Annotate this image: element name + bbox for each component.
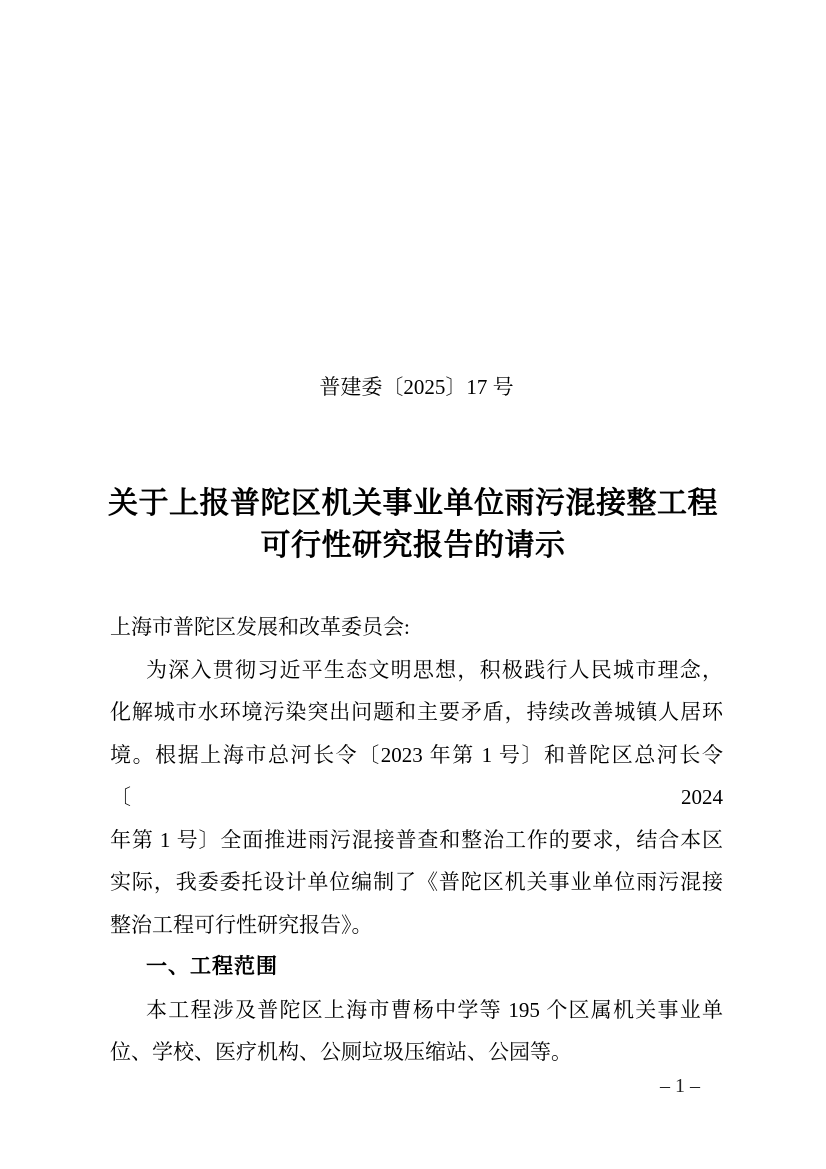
paragraph-1: 为深入贯彻习近平生态文明思想，积极践行人民城市理念， 化解城市水环境污染突出问题… [110,649,723,947]
salutation: 上海市普陀区发展和改革委员会: [110,606,723,649]
document-title: 关于上报普陀区机关事业单位雨污混接整工程 可行性研究报告的请示 [103,483,723,567]
body-line: 本工程涉及普陀区上海市曹杨中学等 195 个区属机关事业单 [110,989,723,1032]
page-number: – 1 – [660,1074,700,1098]
document-number: 普建委〔2025〕17 号 [110,374,723,400]
body-line: 实际，我委委托设计单位编制了《普陀区机关事业单位雨污混接 [110,861,723,904]
body-line: 境。根据上海市总河长令〔2023 年第 1 号〕和普陀区总河长令〔2024 [110,734,723,819]
body-line: 为深入贯彻习近平生态文明思想，积极践行人民城市理念， [110,649,723,692]
body-line: 化解城市水环境污染突出问题和主要矛盾，持续改善城镇人居环 [110,691,723,734]
title-line-1: 关于上报普陀区机关事业单位雨污混接整工程 [103,483,723,525]
document-body: 上海市普陀区发展和改革委员会: 为深入贯彻习近平生态文明思想，积极践行人民城市理… [110,606,723,1074]
section-heading: 一、工程范围 [110,946,723,989]
body-line: 整治工程可行性研究报告》。 [110,904,723,947]
title-line-2: 可行性研究报告的请示 [103,525,723,567]
paragraph-2: 本工程涉及普陀区上海市曹杨中学等 195 个区属机关事业单 位、学校、医疗机构、… [110,989,723,1074]
body-line: 位、学校、医疗机构、公厕垃圾压缩站、公园等。 [110,1031,723,1074]
document-page: 普建委〔2025〕17 号 关于上报普陀区机关事业单位雨污混接整工程 可行性研究… [0,0,826,1169]
body-line: 年第 1 号〕全面推进雨污混接普查和整治工作的要求，结合本区 [110,819,723,862]
